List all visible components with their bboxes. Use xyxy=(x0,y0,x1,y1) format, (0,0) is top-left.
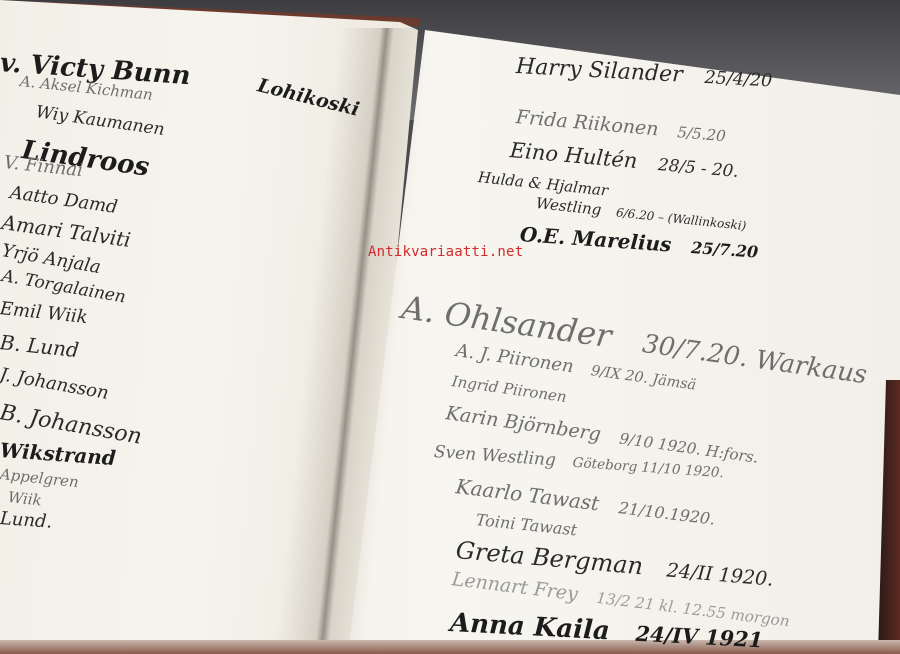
spacer xyxy=(671,233,693,258)
signature-name: Wiik xyxy=(7,488,43,509)
spacer xyxy=(609,616,637,647)
signature-date: 24/IV 1921 xyxy=(635,621,764,653)
book-cover-edge-bottom xyxy=(0,640,900,654)
scanned-guestbook-spread: v. Victy BunnLohikoskiA. Aksel KichmanWi… xyxy=(0,0,900,654)
signature-date: 25/7.20 xyxy=(691,238,759,262)
signature-date: 5/5.20 xyxy=(677,123,727,145)
signature-entry: Wiik xyxy=(7,488,43,509)
spacer xyxy=(682,63,705,89)
signature-entry: Lund. xyxy=(0,508,53,533)
spacer xyxy=(658,119,679,143)
spacer xyxy=(636,149,659,175)
spacer xyxy=(555,451,573,472)
watermark: Antikvariaatti.net xyxy=(368,244,523,260)
spacer xyxy=(642,552,668,582)
signature-date: 25/4/20 xyxy=(704,68,773,92)
signature-name: Lund. xyxy=(0,508,53,533)
